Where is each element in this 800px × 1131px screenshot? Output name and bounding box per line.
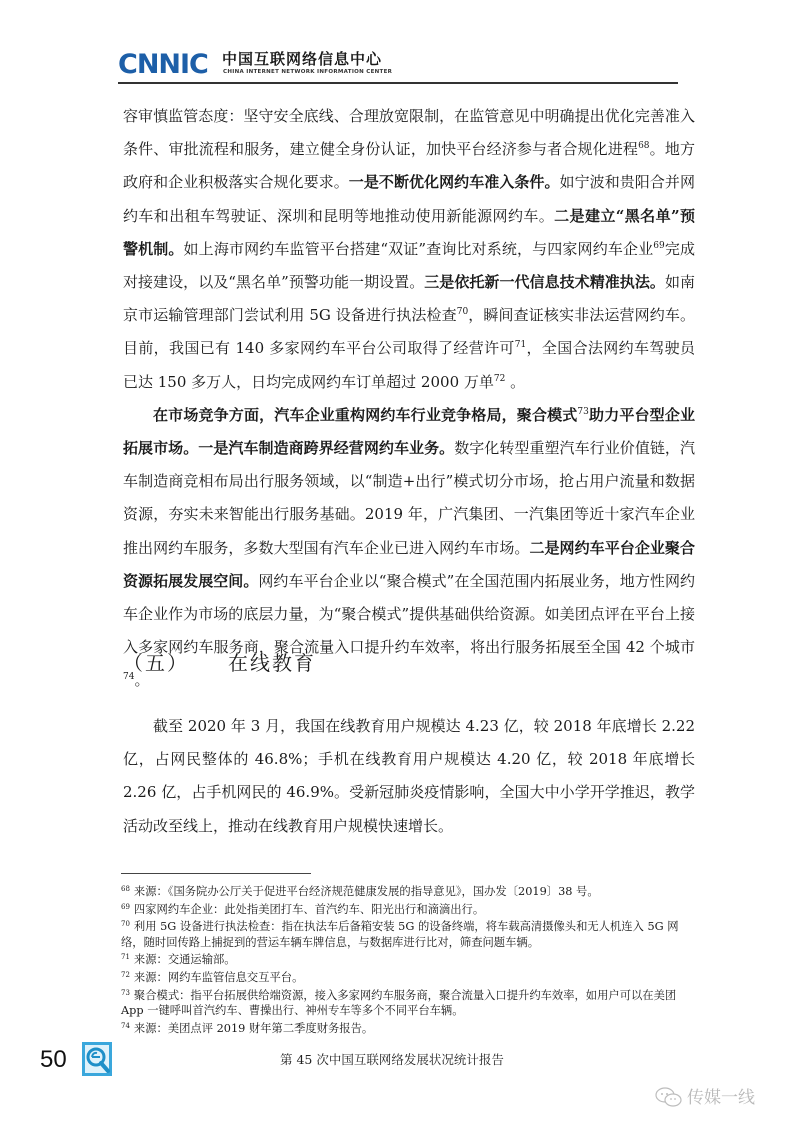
watermark: 传媒一线 xyxy=(655,1083,755,1108)
footnote-ref[interactable]: 72 xyxy=(494,374,505,384)
org-name-en: CHINA INTERNET NETWORK INFORMATION CENTE… xyxy=(223,69,392,76)
bold-point: 三是依托新一代信息技术精准执法。 xyxy=(424,273,665,291)
paragraph-regulation: 容审慎监管态度：坚守安全底线、合理放宽限制，在监管意见中明确提出优化完善准入条件… xyxy=(123,100,695,399)
report-title: 第 45 次中国互联网络发展状况统计报告 xyxy=(280,1050,504,1068)
online-education-section: 截至 2020 年 3 月，我国在线教育用户规模达 4.23 亿，较 2018 … xyxy=(123,710,695,843)
watermark-text: 传媒一线 xyxy=(687,1088,755,1108)
section-number: （五） xyxy=(123,648,228,678)
footnote: 70利用 5G 设备进行执法检查：指在执法车后备箱安装 5G 的设备终端，将车载… xyxy=(121,917,696,950)
footnote: 71来源：交通运输部。 xyxy=(121,950,696,968)
cnnic-logo: CNNIC xyxy=(118,52,208,78)
footnote-divider xyxy=(121,873,311,874)
page-number: 50 xyxy=(40,1046,67,1074)
paragraph-online-education: 截至 2020 年 3 月，我国在线教育用户规模达 4.23 亿，较 2018 … xyxy=(123,710,695,843)
footnote-ref[interactable]: 71 xyxy=(515,340,526,350)
footnote-ref[interactable]: 69 xyxy=(653,241,664,251)
magnifier-e-icon xyxy=(82,1042,112,1076)
footnote: 68来源：《国务院办公厅关于促进平台经济规范健康发展的指导意见》，国办发〔201… xyxy=(121,882,696,900)
section-title: 在线教育 xyxy=(228,651,316,675)
footnote-ref[interactable]: 70 xyxy=(457,307,468,317)
footnote: 72来源：网约车监管信息交互平台。 xyxy=(121,968,696,986)
section-heading: （五）在线教育 xyxy=(123,648,316,678)
wechat-icon xyxy=(655,1086,683,1108)
org-name-cn: 中国互联网络信息中心 xyxy=(222,51,382,68)
header-divider xyxy=(118,82,678,84)
footnotes: 68来源：《国务院办公厅关于促进平台经济规范健康发展的指导意见》，国办发〔201… xyxy=(121,882,696,1036)
footnote: 69四家网约车企业：此处指美团打车、首汽约车、阳光出行和滴滴出行。 xyxy=(121,900,696,918)
body-text: 容审慎监管态度：坚守安全底线、合理放宽限制，在监管意见中明确提出优化完善准入条件… xyxy=(123,100,695,698)
page-header: CNNIC 中国互联网络信息中心 CHINA INTERNET NETWORK … xyxy=(118,48,678,84)
footnote-ref[interactable]: 68 xyxy=(638,141,649,151)
bold-lead: 在市场竞争方面，汽车企业重构网约车行业竞争格局，聚合模式 xyxy=(153,406,577,424)
footnote-ref[interactable]: 73 xyxy=(577,407,588,417)
footnote: 74来源：美团点评 2019 财年第二季度财务报告。 xyxy=(121,1019,696,1037)
footnote: 73聚合模式：指平台拓展供给端资源，接入多家网约车服务商，聚合流量入口提升约车效… xyxy=(121,986,696,1019)
bold-point: 一是不断优化网约车准入条件。 xyxy=(349,173,560,191)
